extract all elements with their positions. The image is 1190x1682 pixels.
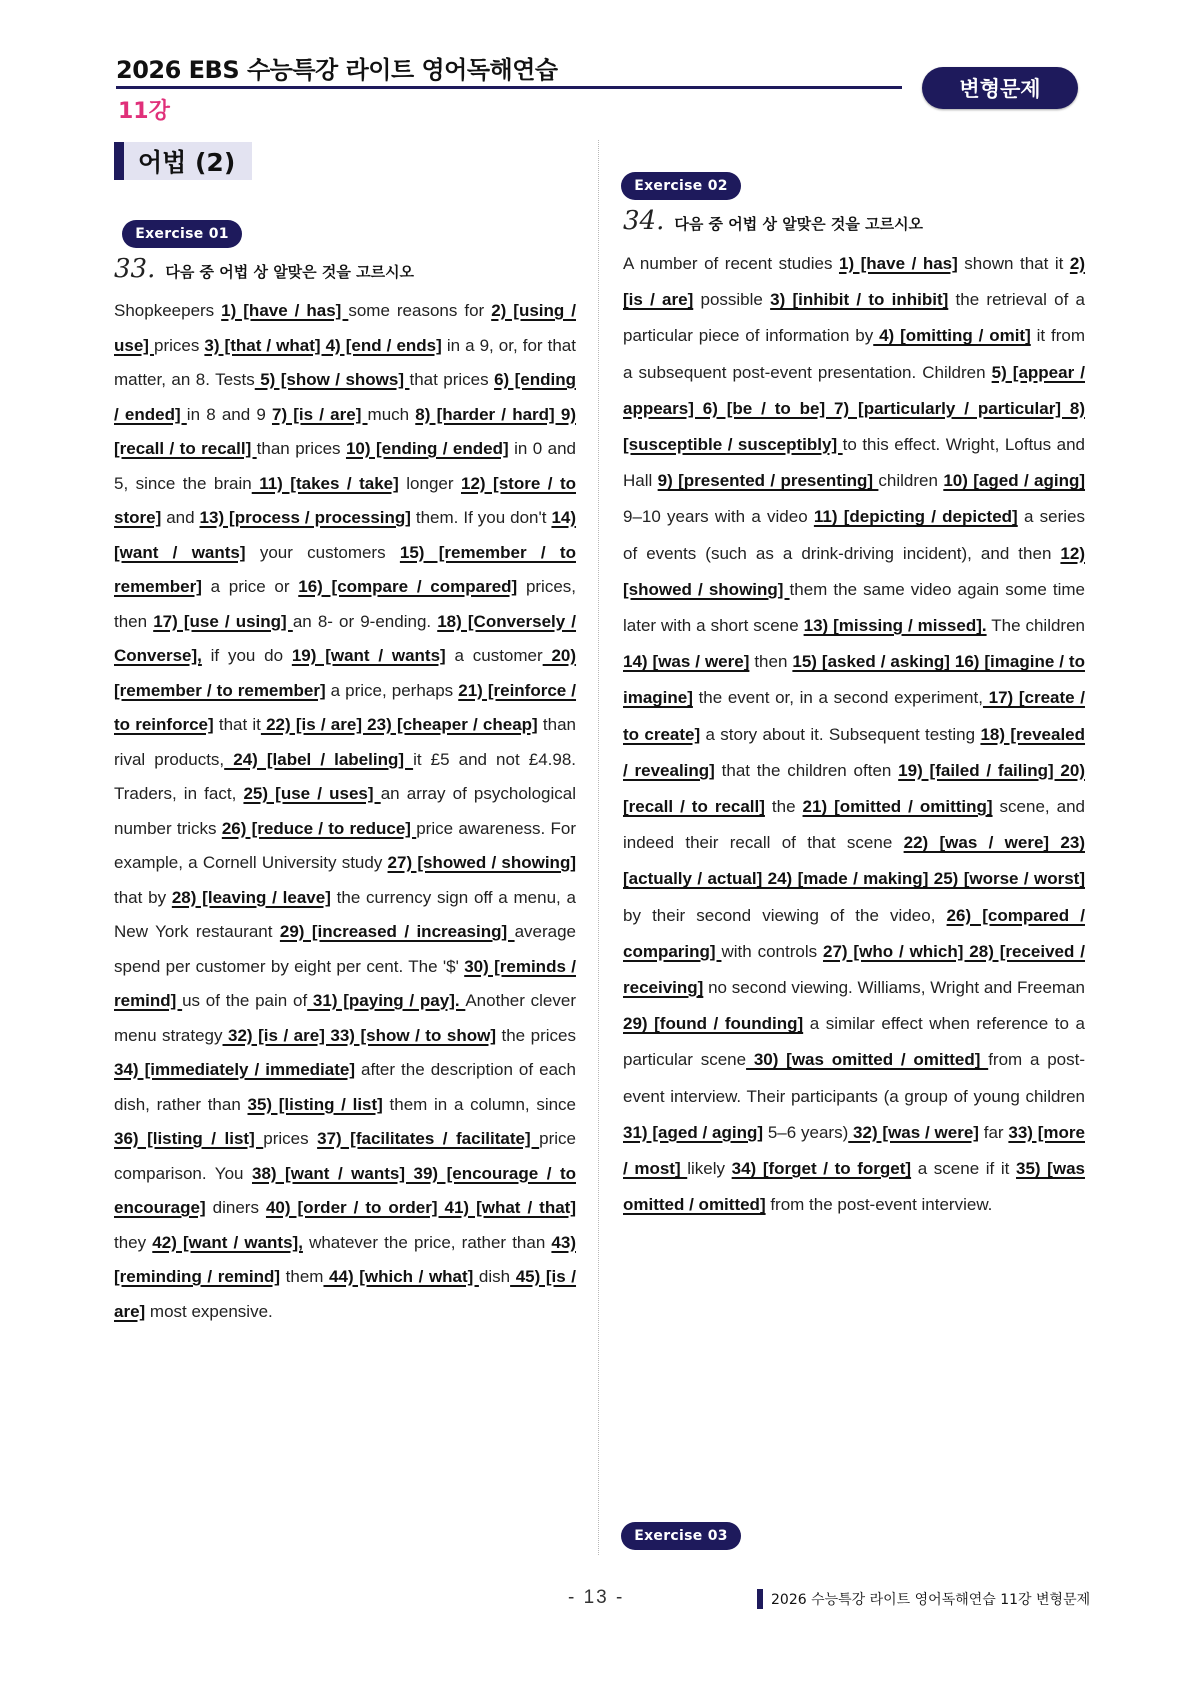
- grammar-choice: 14) [was / were]: [623, 652, 749, 671]
- grammar-choice: 1) [have / has]: [839, 254, 958, 273]
- passage-text: that by: [114, 888, 172, 907]
- passage-text: prices: [154, 336, 204, 355]
- passage-text: a story about it. Subsequent testing: [700, 725, 980, 744]
- grammar-choice: 40) [order / to order] 41) [what / that]: [266, 1198, 576, 1217]
- passage-text: 5–6 years): [763, 1123, 848, 1142]
- grammar-choice: 13) [missing / missed].: [804, 616, 987, 635]
- passage-text: diners: [206, 1198, 266, 1217]
- passage-text: whatever the price, rather than: [303, 1233, 551, 1252]
- passage-text: no second viewing. Williams, Wright and …: [703, 978, 1085, 997]
- passage-text: them: [280, 1267, 323, 1286]
- grammar-choice: 42) [want / wants],: [152, 1233, 303, 1252]
- grammar-choice: 32) [was / were]: [848, 1123, 979, 1142]
- grammar-choice: 11) [takes / take]: [252, 474, 399, 493]
- header-divider: [116, 86, 902, 89]
- passage-text: The children: [987, 616, 1085, 635]
- grammar-choice: 34) [forget / to forget]: [732, 1159, 911, 1178]
- question-instruction: 다음 중 어법 상 알맞은 것을 고르시오: [674, 213, 923, 234]
- footer-label: 2026 수능특강 라이트 영어독해연습 11강 변형문제: [757, 1589, 1090, 1609]
- passage-text: that prices: [409, 370, 494, 389]
- passage-text: from the post-event interview.: [766, 1195, 993, 1214]
- grammar-choice: 31) [paying / pay].: [307, 991, 465, 1010]
- grammar-choice: 17) [use / using]: [153, 612, 293, 631]
- passage-text: the event or, in a second experiment,: [693, 688, 983, 707]
- passage-text: in 8 and 9: [187, 405, 272, 424]
- grammar-choice: 10) [ending / ended]: [346, 439, 509, 458]
- grammar-choice: 32) [is / are] 33) [show / to show]: [223, 1026, 496, 1045]
- grammar-choice: 10) [aged / aging]: [943, 471, 1085, 490]
- section-title: 어법 (2): [114, 142, 252, 180]
- passage-text: and: [161, 508, 199, 527]
- grammar-choice: 25) [use / uses]: [243, 784, 380, 803]
- passage-text: some reasons for: [348, 301, 491, 320]
- section-title-text: 어법 (2): [138, 143, 235, 179]
- variant-badge: 변형문제: [922, 67, 1078, 109]
- passage-text: they: [114, 1233, 152, 1252]
- grammar-choice: 24) [label / labeling]: [224, 750, 413, 769]
- question-instruction: 다음 중 어법 상 알맞은 것을 고르시오: [165, 261, 414, 282]
- exercise-02-label: Exercise 02: [621, 172, 741, 200]
- passage-text: children: [878, 471, 943, 490]
- footer-bar: [757, 1589, 763, 1609]
- passage-text: us of the pain of: [182, 991, 307, 1010]
- grammar-choice: 9) [presented / presenting]: [658, 471, 879, 490]
- grammar-choice: 44) [which / what]: [323, 1267, 478, 1286]
- footer-text: 2026 수능특강 라이트 영어독해연습 11강 변형문제: [771, 1589, 1090, 1609]
- passage-text: the: [765, 797, 803, 816]
- passage-text: longer: [399, 474, 461, 493]
- grammar-choice: 13) [process / processing]: [200, 508, 411, 527]
- grammar-choice: 29) [increased / increasing]: [280, 922, 515, 941]
- passage-text: prices: [263, 1129, 317, 1148]
- question-number: 33.: [114, 254, 155, 284]
- question-number: 34.: [623, 206, 664, 236]
- passage-text: possible: [693, 290, 770, 309]
- passage-text: than prices: [257, 439, 346, 458]
- grammar-choice: 28) [leaving / leave]: [172, 888, 331, 907]
- document-title: 2026 EBS 수능특강 라이트 영어독해연습: [116, 50, 558, 85]
- passage-text: the prices: [496, 1026, 576, 1045]
- passage-text: an 8- or 9-ending.: [293, 612, 437, 631]
- grammar-choice: 1) [have / has]: [221, 301, 348, 320]
- page-number: - 13 -: [568, 1587, 624, 1609]
- grammar-choice: 11) [depicting / depicted]: [814, 507, 1018, 526]
- passage-text: that it: [214, 715, 261, 734]
- passage-text: most expensive.: [145, 1302, 273, 1321]
- passage-text: a price, perhaps: [326, 681, 459, 700]
- section-title-bar: [114, 142, 124, 180]
- passage-text: dish: [479, 1267, 510, 1286]
- passage-text: likely: [687, 1159, 731, 1178]
- grammar-choice: 19) [want / wants]: [292, 646, 446, 665]
- passage-text: them. If you don't: [411, 508, 552, 527]
- passage-text: with controls: [721, 942, 823, 961]
- passage-text: them in a column, since: [383, 1095, 576, 1114]
- column-divider: [598, 140, 599, 1555]
- question-33-heading: 33. 다음 중 어법 상 알맞은 것을 고르시오: [114, 254, 414, 284]
- grammar-choice: 3) [that / what] 4) [end / ends]: [204, 336, 441, 355]
- grammar-choice: 29) [found / founding]: [623, 1014, 803, 1033]
- passage-text: far: [979, 1123, 1008, 1142]
- passage-text: a customer: [446, 646, 543, 665]
- grammar-choice: 26) [reduce / to reduce]: [222, 819, 416, 838]
- passage-text: that the children often: [715, 761, 898, 780]
- grammar-choice: 36) [listing / list]: [114, 1129, 263, 1148]
- passage-text: Shopkeepers: [114, 301, 221, 320]
- passage-text: much: [368, 405, 416, 424]
- grammar-choice: 27) [showed / showing]: [388, 853, 576, 872]
- grammar-choice: 34) [immediately / immediate]: [114, 1060, 355, 1079]
- grammar-choice: 16) [compare / compared]: [298, 577, 517, 596]
- passage-text: then: [749, 652, 792, 671]
- passage-text: by their second viewing of the video,: [623, 906, 947, 925]
- grammar-choice: 37) [facilitates / facilitate]: [317, 1129, 539, 1148]
- exercise-01-label: Exercise 01: [122, 220, 242, 248]
- passage-text: 9–10 years with a video: [623, 507, 814, 526]
- grammar-choice: 30) [was omitted / omitted]: [746, 1050, 988, 1069]
- grammar-choice: 21) [omitted / omitting]: [803, 797, 993, 816]
- grammar-choice: 22) [is / are] 23) [cheaper / cheap]: [261, 715, 538, 734]
- grammar-choice: 3) [inhibit / to inhibit]: [770, 290, 948, 309]
- exercise-02-passage: A number of recent studies 1) [have / ha…: [623, 246, 1085, 1223]
- lesson-label: 11강: [118, 94, 170, 125]
- exercise-03-label: Exercise 03: [621, 1522, 741, 1550]
- passage-text: if you do: [202, 646, 292, 665]
- grammar-choice: 4) [omitting / omit]: [873, 326, 1031, 345]
- passage-text: your customers: [246, 543, 400, 562]
- exercise-01-passage: Shopkeepers 1) [have / has] some reasons…: [114, 294, 576, 1329]
- grammar-choice: 7) [is / are]: [272, 405, 368, 424]
- grammar-choice: 31) [aged / aging]: [623, 1123, 763, 1142]
- passage-text: a scene if it: [911, 1159, 1016, 1178]
- passage-text: shown that it: [958, 254, 1070, 273]
- grammar-choice: 35) [listing / list]: [248, 1095, 383, 1114]
- passage-text: a price or: [202, 577, 298, 596]
- question-34-heading: 34. 다음 중 어법 상 알맞은 것을 고르시오: [623, 206, 923, 236]
- grammar-choice: 5) [show / shows]: [255, 370, 410, 389]
- passage-text: A number of recent studies: [623, 254, 839, 273]
